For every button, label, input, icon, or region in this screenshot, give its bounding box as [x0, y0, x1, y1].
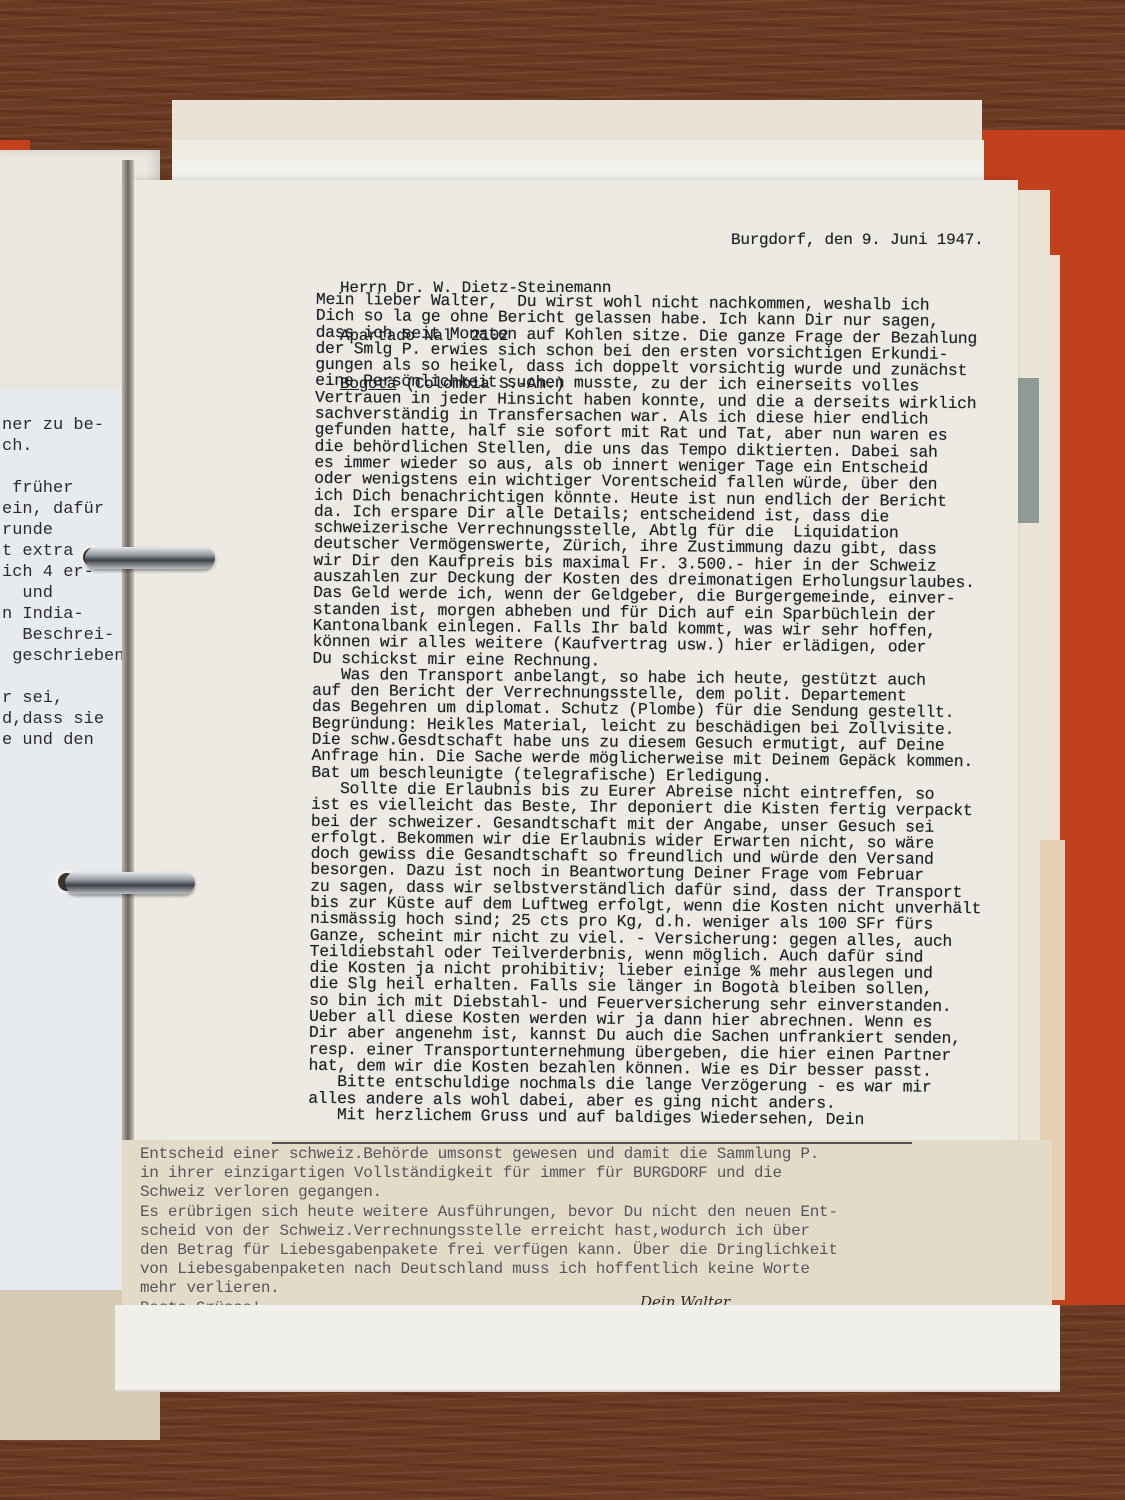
left-page-line: geschrieben — [2, 646, 124, 667]
left-page-line: e und den — [2, 730, 124, 751]
note-line: Entscheid einer schweiz.Behörde umsonst … — [140, 1145, 838, 1164]
left-page-line — [2, 394, 124, 415]
left-page-line: und — [2, 583, 124, 604]
left-page-line: runde — [2, 520, 124, 541]
left-page-line: n India- — [2, 604, 124, 625]
letter-place-date: Burgdorf, den 9. Juni 1947. — [731, 232, 984, 248]
left-page-line: d,dass sie — [2, 709, 124, 730]
left-page-line: ch. — [2, 436, 124, 457]
left-page-line: früher — [2, 478, 124, 499]
left-page-line — [2, 667, 124, 688]
note-line: von Liebesgabenpaketen nach Deutschland … — [140, 1260, 838, 1279]
left-page-text: ner zu be-ch. früherein, dafürrundet ext… — [2, 394, 124, 751]
attached-note-text: Entscheid einer schweiz.Behörde umsonst … — [140, 1145, 838, 1318]
note-line: scheid von der Schweiz.Verrechnungsstell… — [140, 1222, 838, 1241]
binder-ring-top[interactable] — [85, 547, 215, 569]
left-page-line: Beschrei- — [2, 625, 124, 646]
left-page-line — [2, 457, 124, 478]
note-line: den Betrag für Liebesgabenpakete frei ve… — [140, 1241, 838, 1260]
divider-line — [272, 1142, 912, 1144]
lower-sheet-edge — [115, 1305, 1060, 1392]
left-page-line: ein, dafür — [2, 499, 124, 520]
divider-tab-gray[interactable] — [1017, 378, 1039, 523]
note-line: Schweiz verloren gegangen. — [140, 1183, 838, 1202]
left-page-line: r sei, — [2, 688, 124, 709]
letter-body: Mein lieber Walter, Du wirst wohl nicht … — [308, 292, 987, 1130]
binder-ring-bottom[interactable] — [65, 872, 195, 894]
note-line: Es erübrigen sich heute weitere Ausführu… — [140, 1203, 838, 1222]
left-page-line: ner zu be- — [2, 415, 124, 436]
note-line: in ihrer einzigartigen Vollständigkeit f… — [140, 1164, 838, 1183]
